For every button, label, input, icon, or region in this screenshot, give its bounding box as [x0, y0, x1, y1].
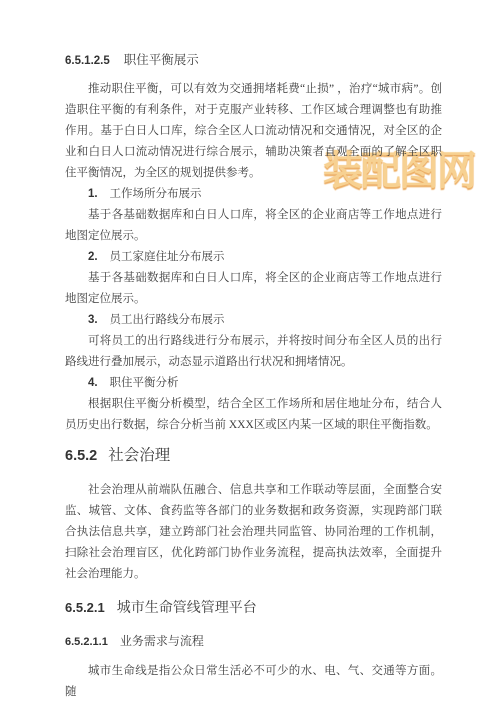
paragraph-job-housing-intro: 推动职住平衡，可以有效为交通拥堵耗费“止损” ，治疗“城市病”。创造职住平衡的有… — [65, 79, 442, 184]
heading-number: 6.5.1.2.5 — [65, 55, 110, 67]
list-item-number: 4. — [88, 377, 98, 389]
list-item-number: 3. — [88, 314, 98, 326]
list-item-number: 1. — [88, 188, 98, 200]
list-item-2: 2. 员工家庭住址分布展示 — [65, 247, 442, 268]
list-item-title: 员工出行路线分布展示 — [109, 314, 224, 326]
paragraph-home-address-distribution: 基于各基础数据库和白日人口库，将全区的企业商店等工作地点进行地图定位展示。 — [65, 268, 442, 310]
paragraph-commute-route-distribution: 可将员工的出行路线进行分布展示，并将按时间分布全区人员的出行路线进行叠加展示，动… — [65, 331, 442, 373]
list-item-3: 3. 员工出行路线分布展示 — [65, 310, 442, 331]
section-heading-6-5-2-1: 6.5.2.1 城市生命管线管理平台 — [65, 597, 442, 620]
heading-number: 6.5.2.1 — [65, 597, 105, 619]
heading-title: 社会治理 — [108, 444, 170, 468]
list-item-title: 职住平衡分析 — [109, 377, 178, 389]
document-content: 6.5.1.2.5 职住平衡展示 推动职住平衡，可以有效为交通拥堵耗费“止损” … — [65, 50, 442, 703]
section-heading-6-5-1-2-5: 6.5.1.2.5 职住平衡展示 — [65, 50, 442, 68]
paragraph-balance-analysis: 根据职住平衡分析模型，结合全区工作场所和居住地址分布，结合人员历史出行数据，综合… — [65, 394, 442, 436]
list-item-title: 工作场所分布展示 — [109, 188, 201, 200]
paragraph-workplace-distribution: 基于各基础数据库和白日人口库，将全区的企业商店等工作地点进行地图定位展示。 — [65, 205, 442, 247]
section-heading-6-5-2: 6.5.2 社会治理 — [65, 444, 442, 468]
section-heading-6-5-2-1-1: 6.5.2.1.1 业务需求与流程 — [65, 631, 442, 652]
heading-title: 城市生命管线管理平台 — [117, 598, 257, 620]
heading-number: 6.5.2 — [65, 444, 97, 468]
list-item-1: 1. 工作场所分布展示 — [65, 184, 442, 205]
paragraph-city-lifeline: 城市生命线是指公众日常生活必不可少的水、电、气、交通等方面。随 — [65, 661, 442, 703]
heading-title: 业务需求与流程 — [120, 631, 204, 651]
list-item-title: 员工家庭住址分布展示 — [109, 251, 224, 263]
heading-title: 职住平衡展示 — [124, 50, 199, 68]
list-item-number: 2. — [88, 251, 98, 263]
list-item-4: 4. 职住平衡分析 — [65, 373, 442, 394]
paragraph-social-governance: 社会治理从前端队伍融合、信息共享和工作联动等层面，全面整合安监、城管、文体、食药… — [65, 480, 442, 585]
document-page: 装配图网 6.5.1.2.5 职住平衡展示 推动职住平衡，可以有效为交通拥堵耗费… — [0, 0, 500, 708]
heading-number: 6.5.2.1.1 — [65, 632, 108, 652]
